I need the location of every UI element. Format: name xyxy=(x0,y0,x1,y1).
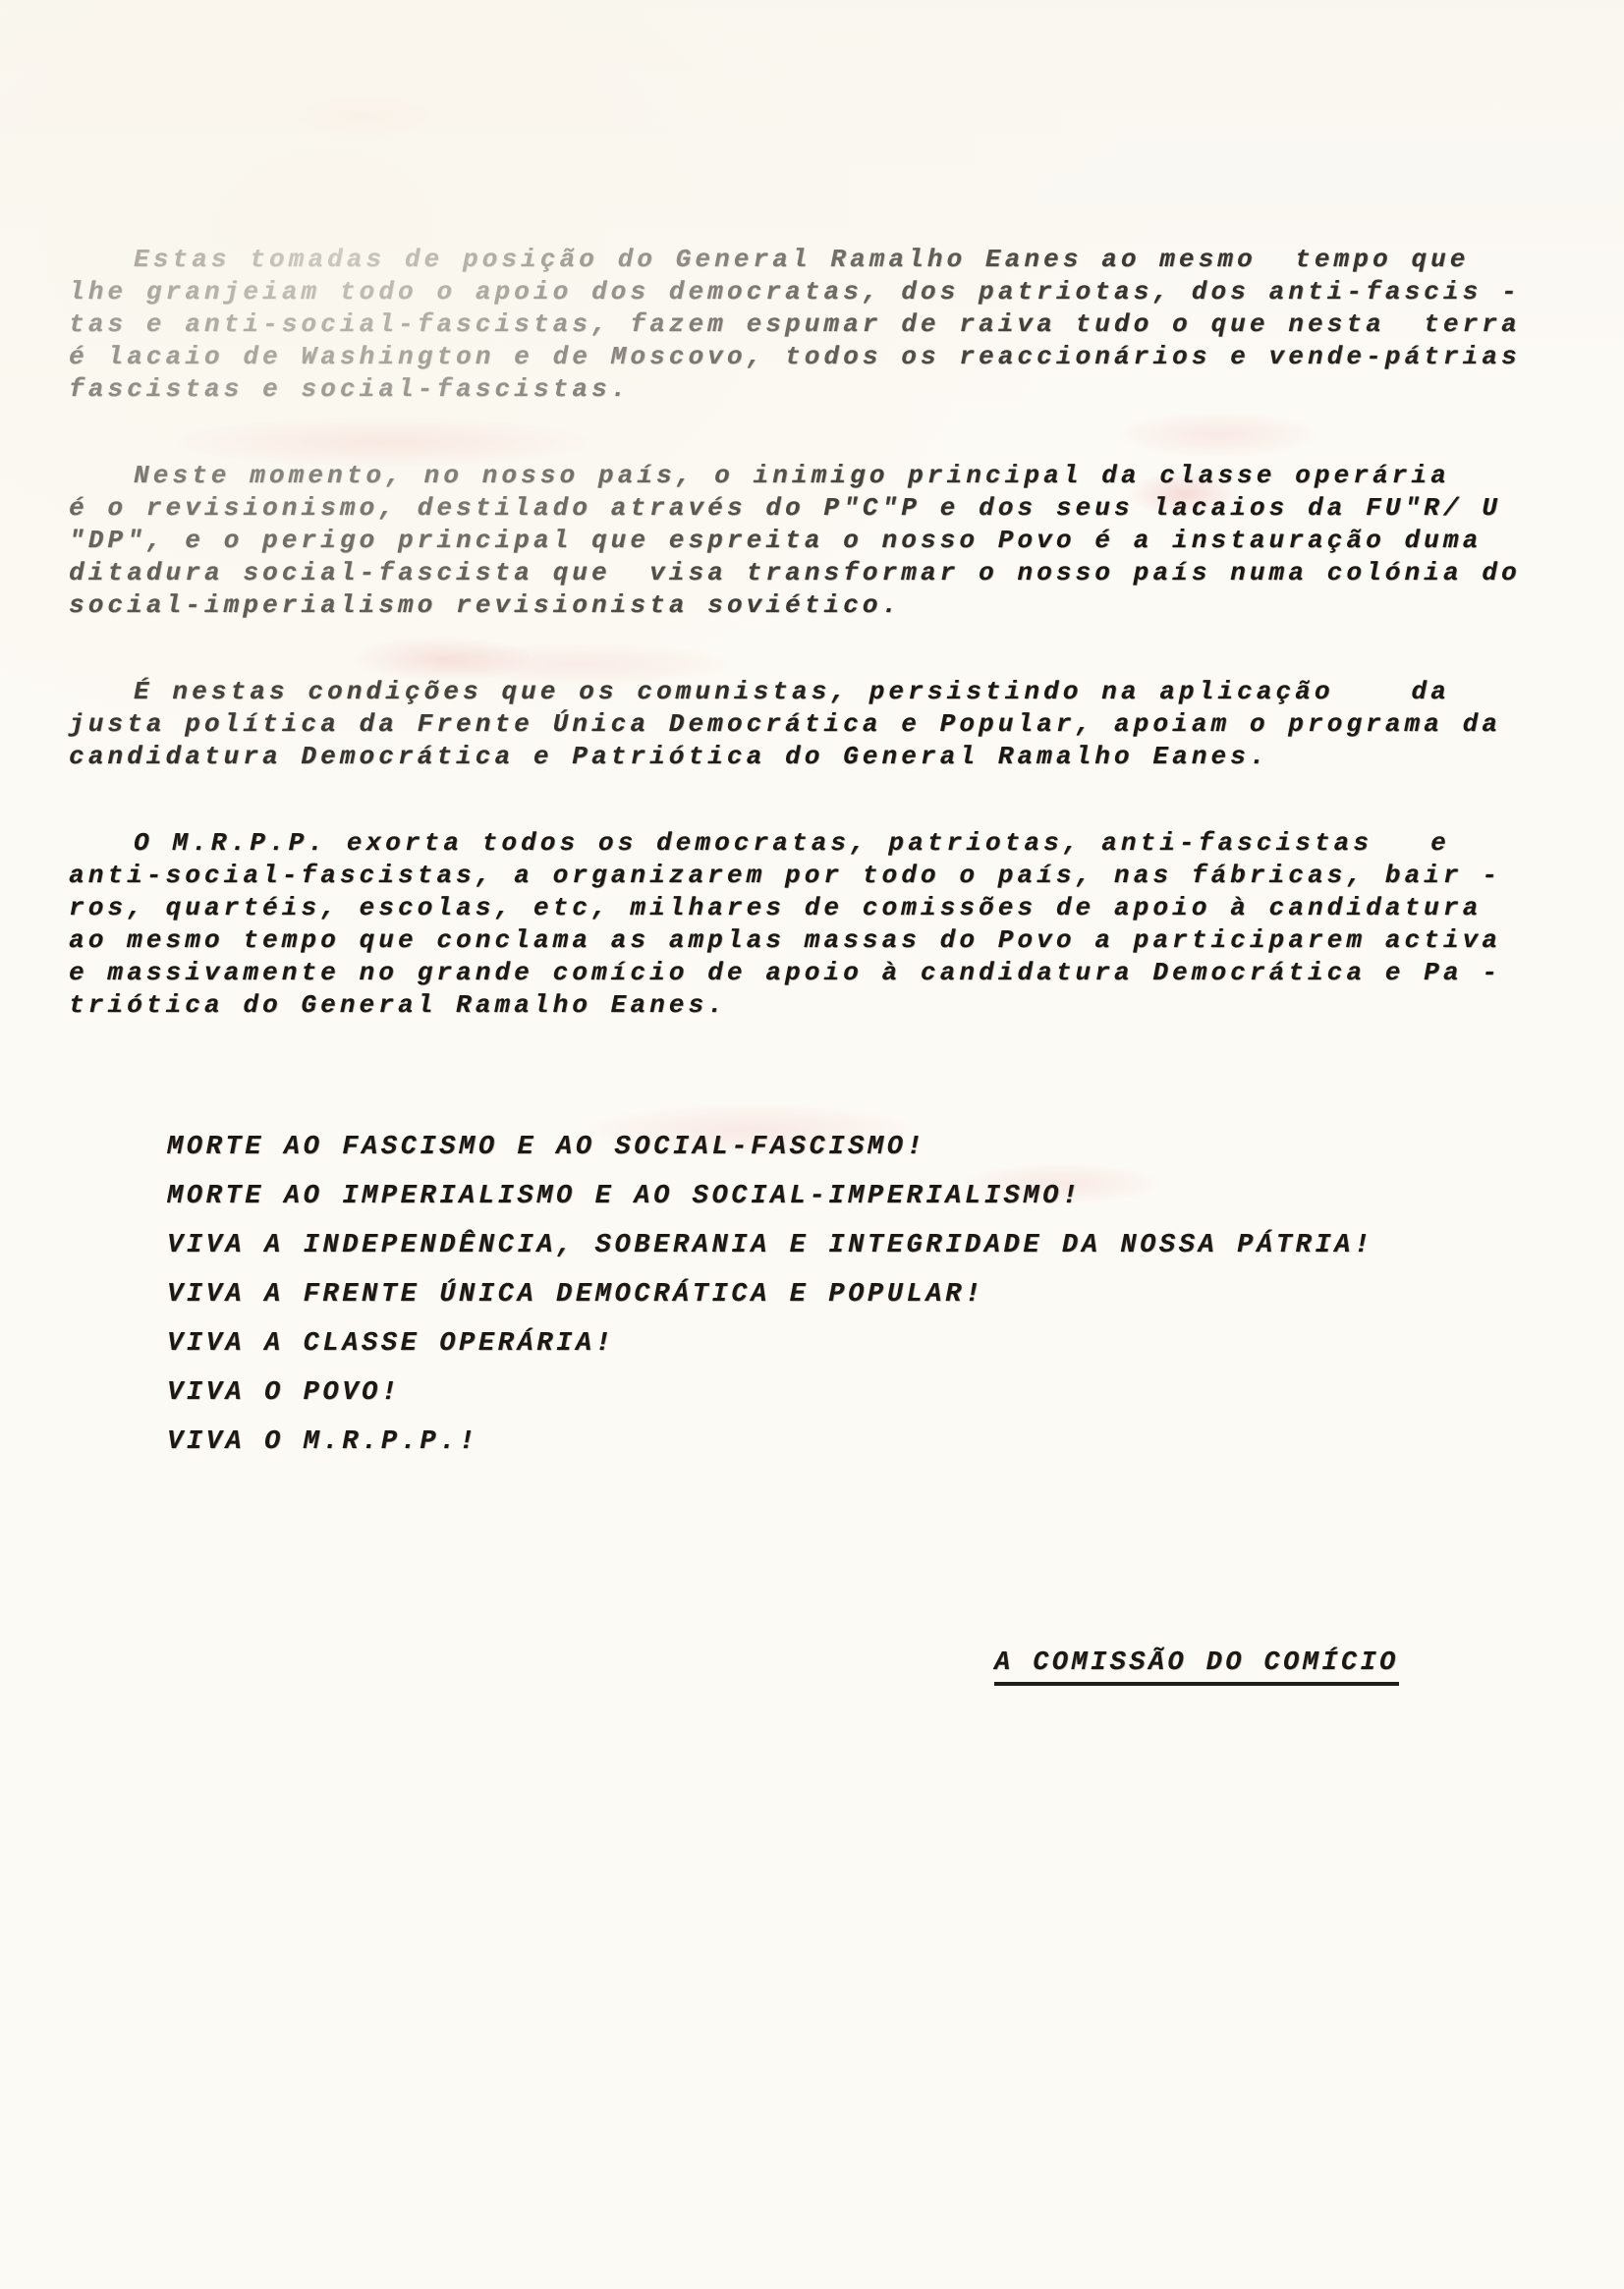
paragraph-4: O M.R.P.P. exorta todos os democratas, p… xyxy=(69,827,1572,1022)
slogan-item: MORTE AO FASCISMO E AO SOCIAL-FASCISMO! xyxy=(167,1123,1562,1172)
text-line: fascistas e social-fascistas. xyxy=(69,373,1572,406)
text-line: ditadura social-fascista que visa transf… xyxy=(69,557,1572,589)
text-line: é lacaio de Washington e de Moscovo, tod… xyxy=(69,341,1572,373)
text-line: tas e anti-social-fascistas, fazem espum… xyxy=(69,308,1572,341)
text-line: É nestas condições que os comunistas, pe… xyxy=(69,676,1572,708)
text-line: ros, quartéis, escolas, etc, milhares de… xyxy=(69,892,1572,924)
ink-smudge xyxy=(285,93,442,138)
text-line: Neste momento, no nosso país, o inimigo … xyxy=(69,460,1572,492)
slogan-item: VIVA A INDEPENDÊNCIA, SOBERANIA E INTEGR… xyxy=(167,1221,1562,1270)
text-line: é o revisionismo, destilado através do P… xyxy=(69,492,1572,525)
ink-smudge xyxy=(354,637,531,681)
text-line: justa política da Frente Única Democráti… xyxy=(69,708,1572,741)
text-line: candidatura Democrática e Patriótica do … xyxy=(69,741,1572,773)
text-line: e massivamente no grande comício de apoi… xyxy=(69,957,1572,989)
text-line: "DP", e o perigo principal que espreita … xyxy=(69,525,1572,557)
text-line: anti-social-fascistas, a organizarem por… xyxy=(69,860,1572,892)
slogan-item: VIVA O POVO! xyxy=(167,1368,1562,1418)
paragraph-1: Estas tomadas de posição do General Rama… xyxy=(69,244,1572,406)
slogan-item: MORTE AO IMPERIALISMO E AO SOCIAL-IMPERI… xyxy=(167,1172,1562,1221)
text-line: triótica do General Ramalho Eanes. xyxy=(69,989,1572,1022)
document-page: Estas tomadas de posição do General Rama… xyxy=(0,0,1624,2289)
text-line: Estas tomadas de posição do General Rama… xyxy=(69,244,1572,276)
slogan-item: VIVA A FRENTE ÚNICA DEMOCRÁTICA E POPULA… xyxy=(167,1270,1562,1319)
ink-smudge xyxy=(1120,413,1316,457)
text-line: lhe granjeiam todo o apoio dos democrata… xyxy=(69,276,1572,308)
slogan-item: VIVA O M.R.P.P.! xyxy=(167,1418,1562,1467)
slogan-list: MORTE AO FASCISMO E AO SOCIAL-FASCISMO! … xyxy=(167,1123,1562,1467)
paragraph-2: Neste momento, no nosso país, o inimigo … xyxy=(69,460,1572,622)
slogan-item: VIVA A CLASSE OPERÁRIA! xyxy=(167,1319,1562,1368)
text-line: social-imperialismo revisionista soviéti… xyxy=(69,589,1572,622)
signature-line: A COMISSÃO DO COMÍCIO xyxy=(994,1648,1399,1686)
paragraph-3: É nestas condições que os comunistas, pe… xyxy=(69,676,1572,773)
text-line: ao mesmo tempo que conclama as amplas ma… xyxy=(69,924,1572,957)
text-line: O M.R.P.P. exorta todos os democratas, p… xyxy=(69,827,1572,860)
